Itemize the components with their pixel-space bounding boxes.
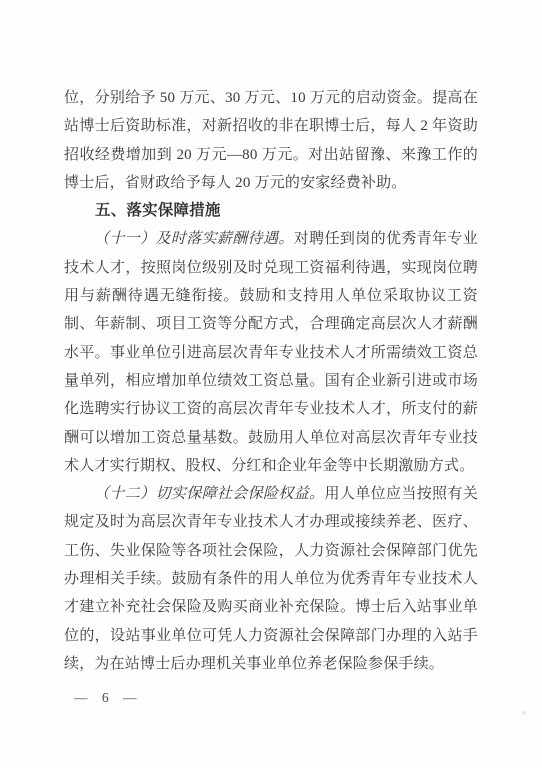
clause-11-paragraph: （十一）及时落实薪酬待遇。对聘任到岗的优秀青年专业技术人才，按照岗位级别及时兑现… (64, 225, 478, 480)
scan-noise-speckle (522, 711, 526, 715)
clause-12-label: （十二） (94, 486, 155, 502)
document-page: 位，分别给予 50 万元、30 万元、10 万元的启动资金。提高在站博士后资助标… (0, 0, 542, 768)
section-heading: 五、落实保障措施 (64, 197, 478, 225)
clause-11-body: 对聘任到岗的优秀青年专业技术人才，按照岗位级别及时兑现工资福利待遇，实现岗位聘用… (64, 231, 478, 473)
page-number: — 6 — (74, 690, 138, 706)
document-body: 位，分别给予 50 万元、30 万元、10 万元的启动资金。提高在站博士后资助标… (64, 84, 478, 678)
clause-12-body: 用人单位应当按照有关规定及时为高层次青年专业技术人才办理或接续养老、医疗、工伤、… (64, 486, 478, 672)
clause-12-title: 切实保障社会保险权益。 (155, 486, 324, 502)
clause-12-paragraph: （十二）切实保障社会保险权益。用人单位应当按照有关规定及时为高层次青年专业技术人… (64, 480, 478, 678)
intro-paragraph: 位，分别给予 50 万元、30 万元、10 万元的启动资金。提高在站博士后资助标… (64, 84, 478, 197)
clause-11-title: 及时落实薪酬待遇。 (155, 231, 293, 247)
clause-11-label: （十一） (94, 231, 155, 247)
